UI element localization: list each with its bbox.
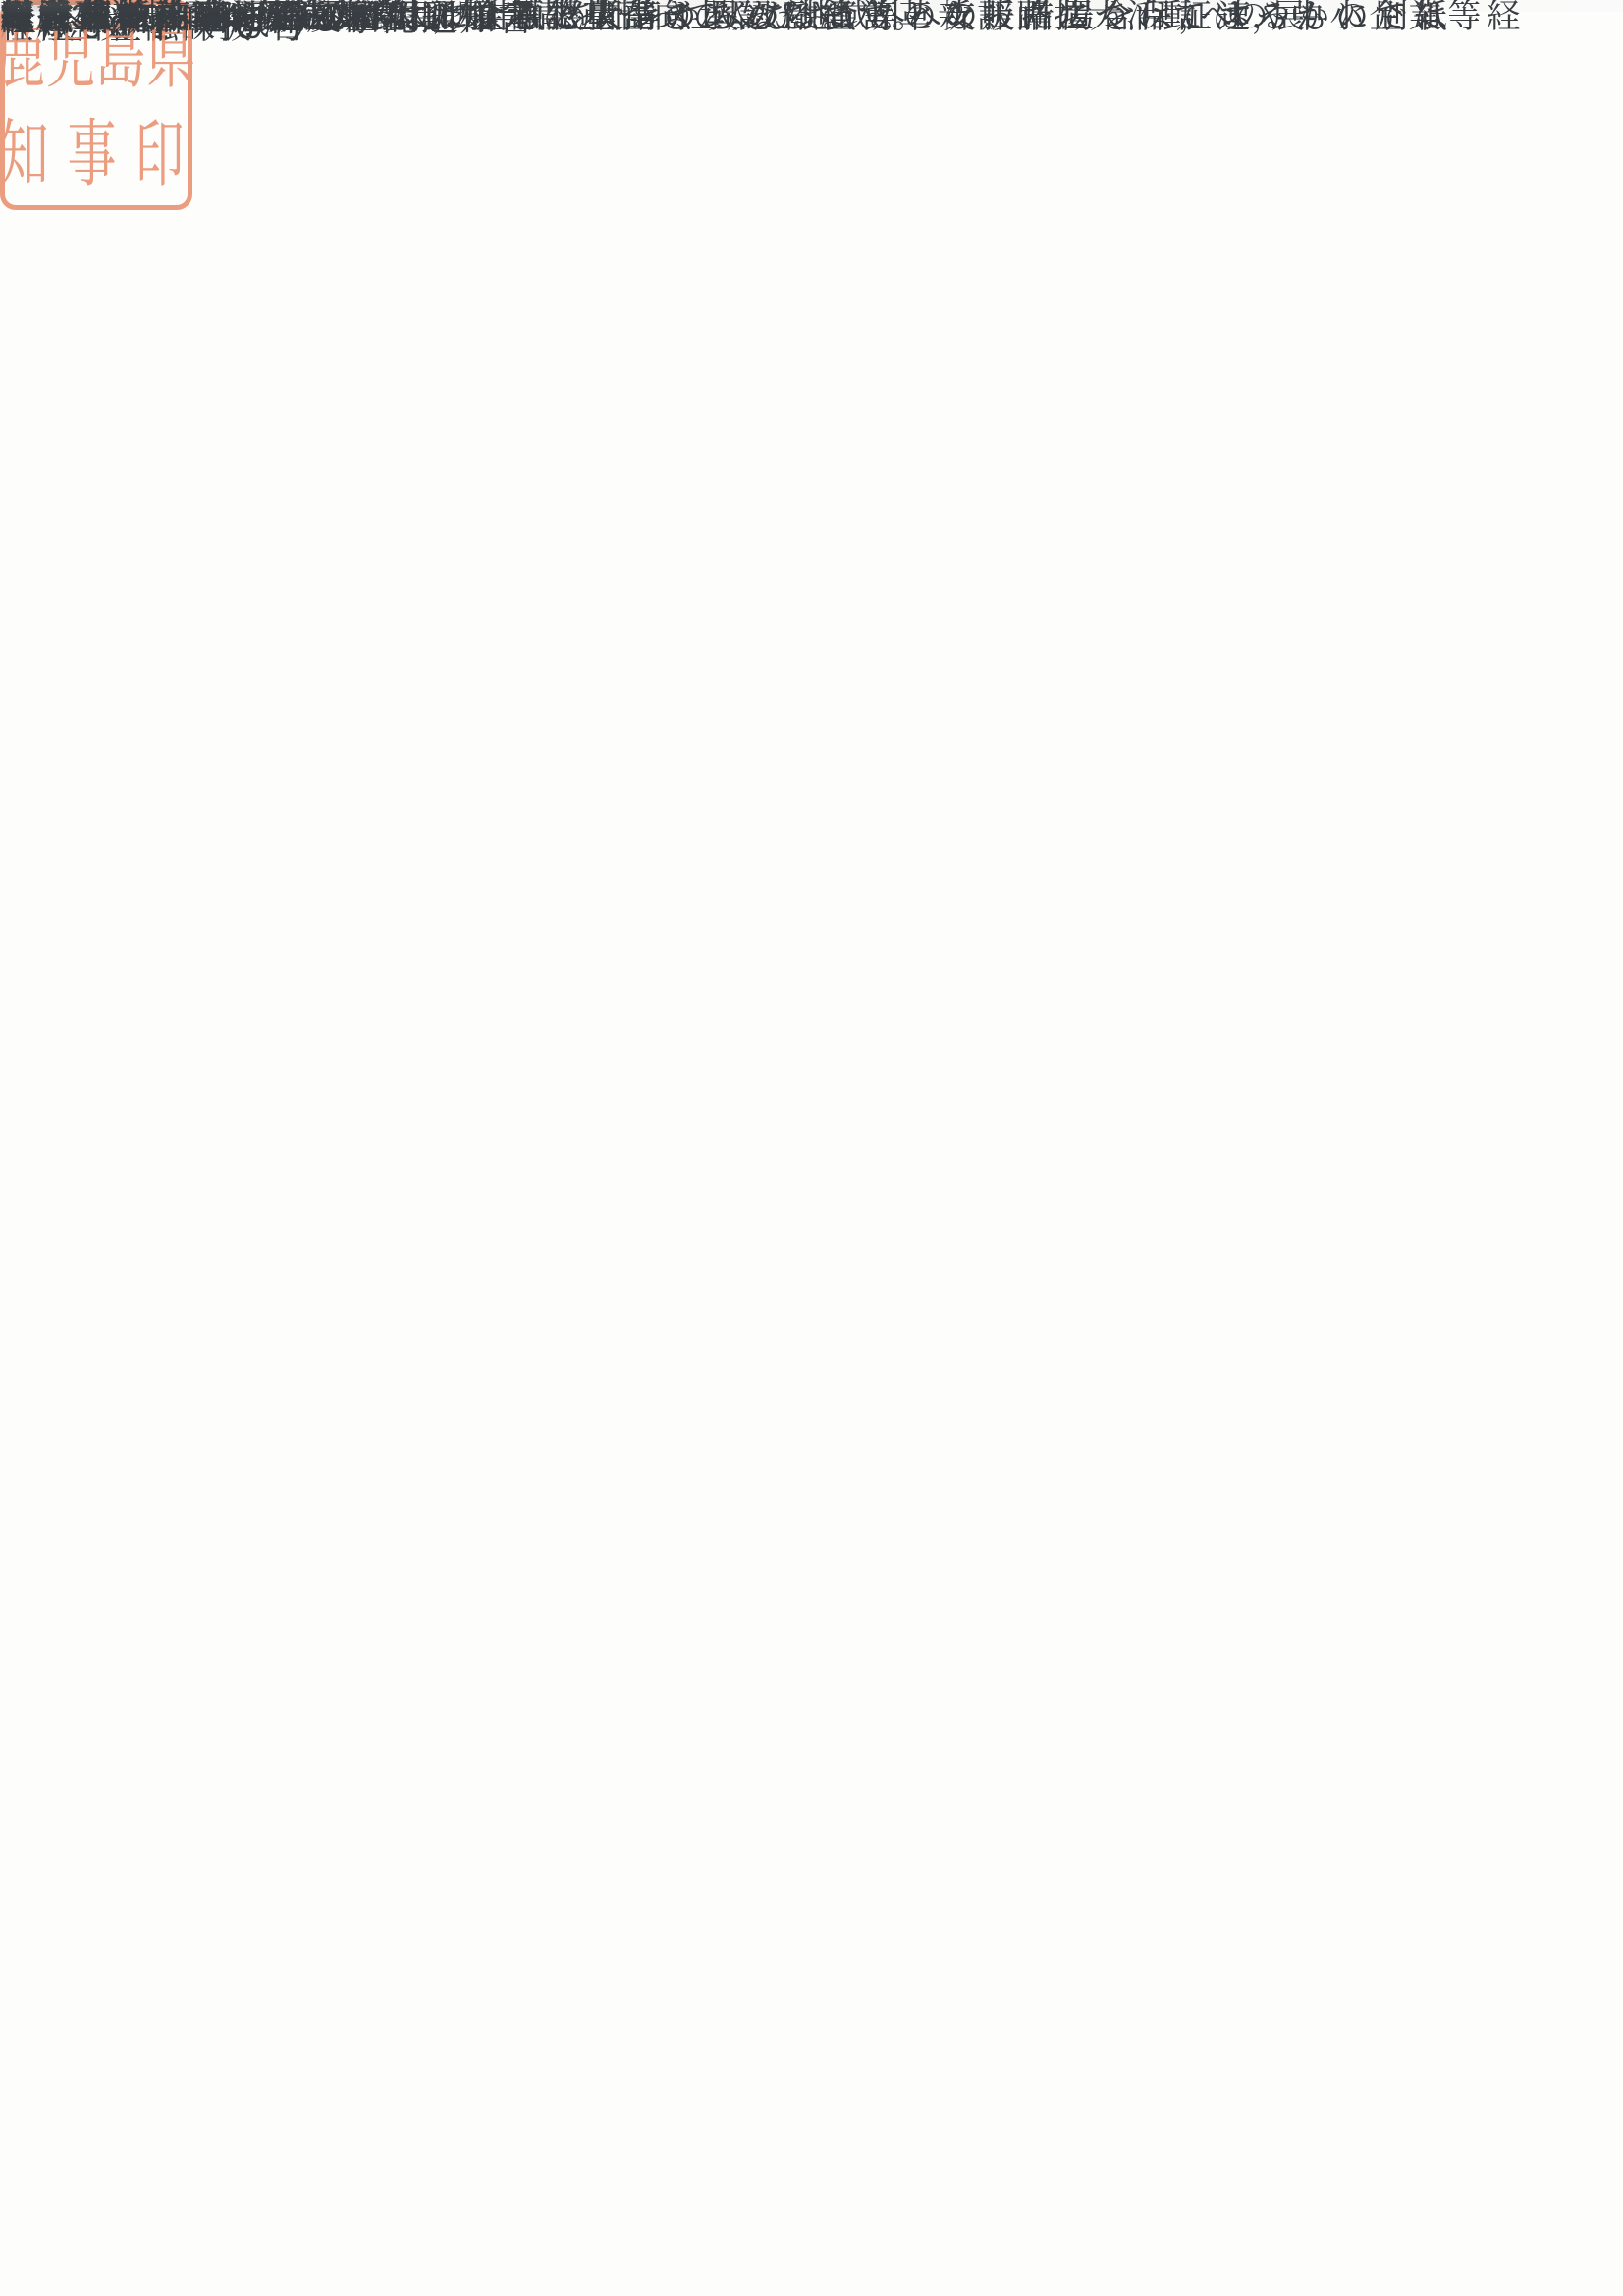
scanned-document: { "document": { "header": { "doc_number"…	[0, 0, 1623, 2296]
scan-smudge	[0, 0, 88, 10]
seal-text-row-2: 知事印	[0, 118, 203, 191]
scan-edge-band	[0, 0, 1623, 12]
